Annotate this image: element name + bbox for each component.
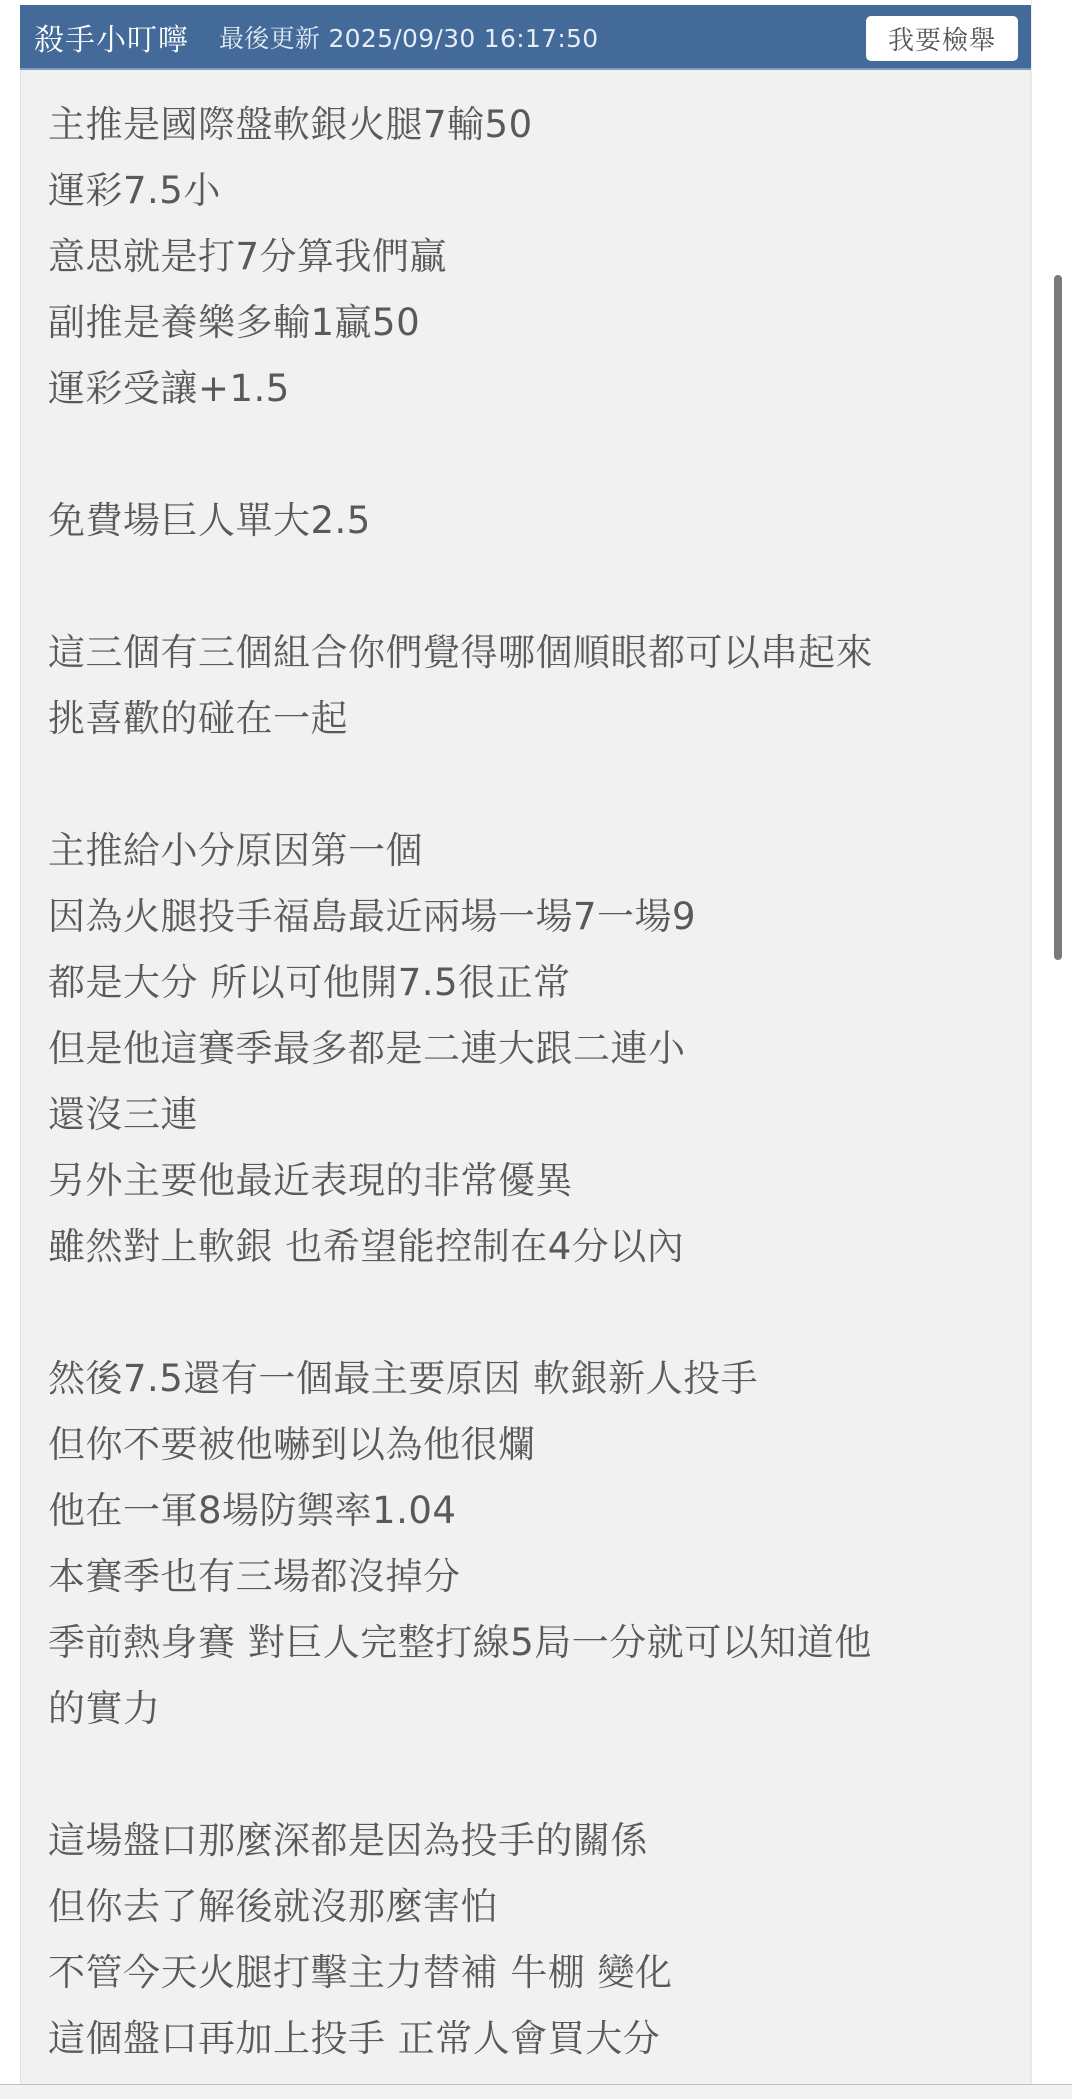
page-margin (1031, 0, 1072, 2085)
last-updated: 最後更新 2025/09/30 16:17:50 (219, 19, 598, 55)
post-line: 副推是養樂多輸1贏50 (48, 290, 873, 356)
post-line: 雖然對上軟銀 也希望能控制在4分以內 (48, 1214, 873, 1280)
post-line: 本賽季也有三場都沒掉分 (48, 1544, 873, 1610)
post-line: 他在一軍8場防禦率1.04 (48, 1478, 873, 1544)
post-line: 但你去了解後就沒那麼害怕 (48, 1874, 873, 1940)
blank-line (48, 752, 873, 818)
post-line: 然後7.5還有一個最主要原因 軟銀新人投手 (48, 1346, 873, 1412)
post-line: 這三個有三個組合你們覺得哪個順眼都可以串起來 (48, 620, 873, 686)
post-line: 但是他這賽季最多都是二連大跟二連小 (48, 1016, 873, 1082)
post-line: 主推是國際盤軟銀火腿7輸50 (48, 92, 873, 158)
post-text: 主推是國際盤軟銀火腿7輸50 運彩7.5小 意思就是打7分算我們贏 副推是養樂多… (48, 92, 873, 2072)
report-button[interactable]: 我要檢舉 (866, 16, 1018, 61)
post-line: 還沒三連 (48, 1082, 873, 1148)
post-line: 因為火腿投手福島最近兩場一場7一場9 (48, 884, 873, 950)
post-line: 但你不要被他嚇到以為他很爛 (48, 1412, 873, 1478)
author-name[interactable]: 殺手小叮嚀 (34, 15, 189, 59)
post-body: 主推是國際盤軟銀火腿7輸50 運彩7.5小 意思就是打7分算我們贏 副推是養樂多… (20, 70, 1031, 2085)
bottom-toolbar (0, 2084, 1072, 2099)
post-line: 另外主要他最近表現的非常優異 (48, 1148, 873, 1214)
page: 殺手小叮嚀 最後更新 2025/09/30 16:17:50 我要檢舉 主推是國… (0, 0, 1072, 2099)
post-line: 的實力 (48, 1676, 873, 1742)
post-line: 季前熱身賽 對巨人完整打線5局一分就可以知道他 (48, 1610, 873, 1676)
post-line: 這個盤口再加上投手 正常人會買大分 (48, 2006, 873, 2072)
post-line: 挑喜歡的碰在一起 (48, 686, 873, 752)
post-line: 主推給小分原因第一個 (48, 818, 873, 884)
post-line: 運彩7.5小 (48, 158, 873, 224)
post-line: 免費場巨人單大2.5 (48, 488, 873, 554)
post-line: 運彩受讓+1.5 (48, 356, 873, 422)
blank-line (48, 1742, 873, 1808)
post-line: 這場盤口那麼深都是因為投手的關係 (48, 1808, 873, 1874)
blank-line (48, 1280, 873, 1346)
last-updated-label: 最後更新 (219, 24, 320, 53)
post-line: 意思就是打7分算我們贏 (48, 224, 873, 290)
blank-line (48, 554, 873, 620)
vertical-scrollbar[interactable] (1054, 275, 1062, 960)
blank-line (48, 422, 873, 488)
post-header: 殺手小叮嚀 最後更新 2025/09/30 16:17:50 我要檢舉 (20, 5, 1031, 70)
post-line: 都是大分 所以可他開7.5很正常 (48, 950, 873, 1016)
post-line: 不管今天火腿打擊主力替補 牛棚 變化 (48, 1940, 873, 2006)
last-updated-time: 2025/09/30 16:17:50 (328, 24, 598, 53)
